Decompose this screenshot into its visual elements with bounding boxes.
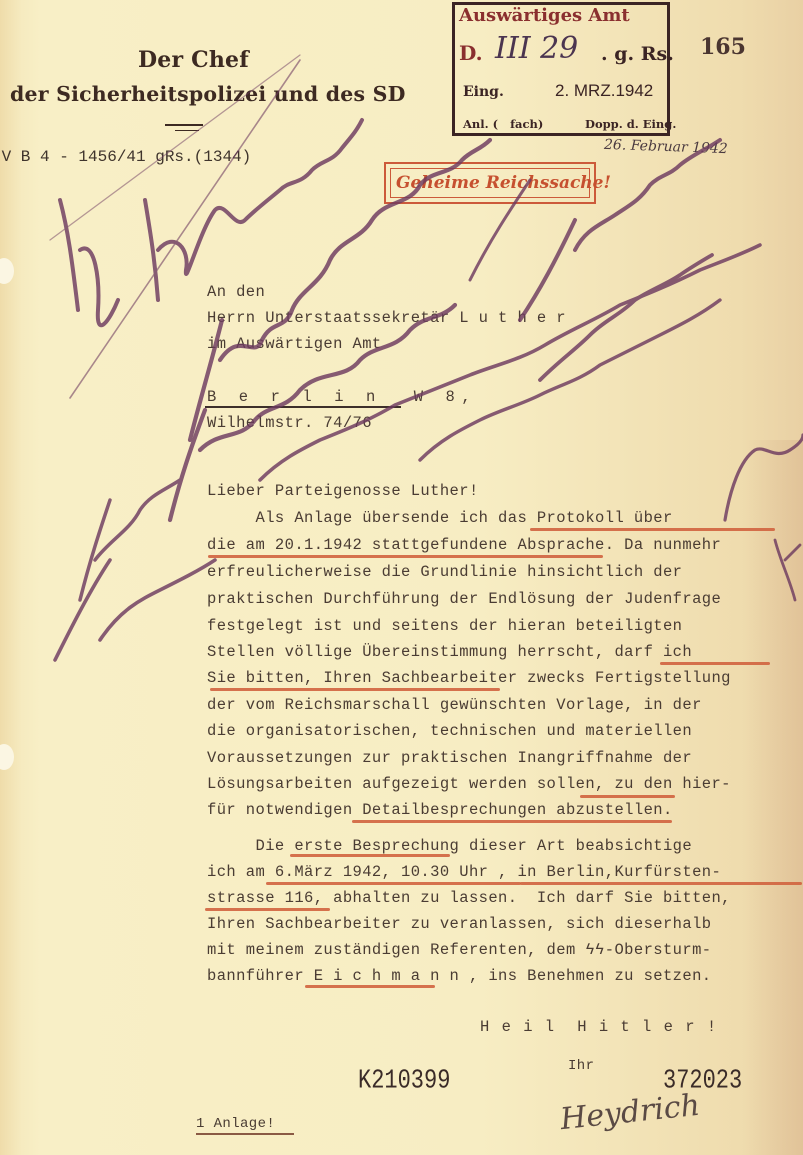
document-page: Der Chef der Sicherheitspolizei und des … <box>0 0 803 1155</box>
handwritten-marginal-note <box>0 0 803 1155</box>
